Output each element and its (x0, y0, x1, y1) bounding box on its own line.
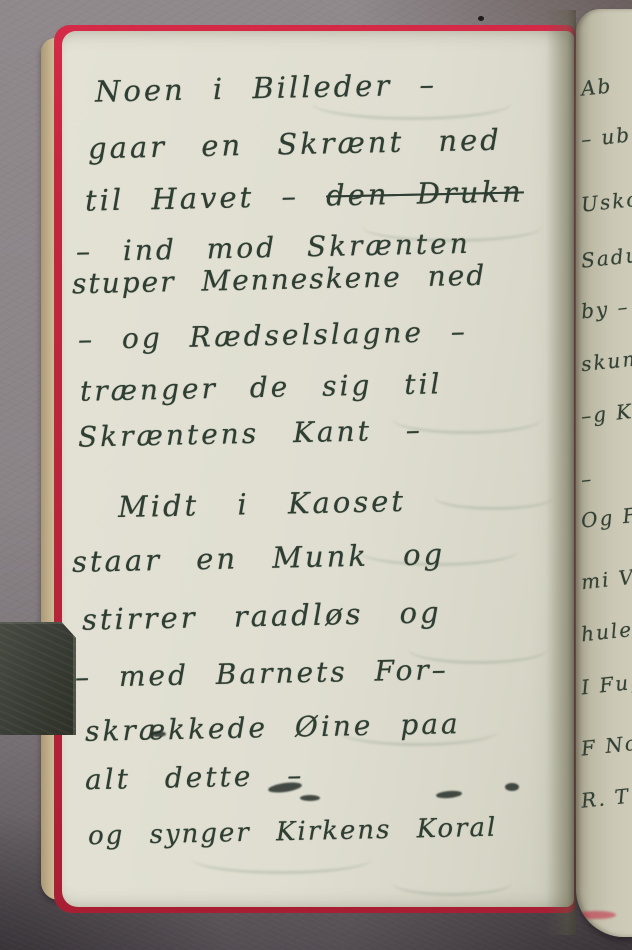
ink-smudge (505, 783, 519, 791)
handwriting-fragment: R. T u (580, 781, 632, 812)
bleed-through-mark (192, 859, 372, 874)
next-page-edge: Ab – ub Uskov Sadus by – skum –g Kr – Og… (576, 9, 632, 937)
handwriting-line: staar en Munk og (72, 537, 446, 579)
handwriting-fragment: I Fugle (580, 667, 632, 700)
ink-smudge (300, 795, 320, 801)
handwriting-fragment: Sadus (580, 241, 632, 272)
handwriting-fragment: Uskov (580, 185, 632, 216)
handwriting-line: til Havet – den Drukn (85, 174, 524, 217)
handwriting-fragment: skum (580, 346, 632, 376)
handwriting-text: til Havet – (85, 179, 327, 218)
notebook-page: Noen i Billeder – gaar en Skrænt ned til… (62, 31, 574, 907)
bleed-through-mark (434, 497, 554, 510)
handwriting-fragment: – ub (580, 122, 632, 151)
handwriting-fragment: – (580, 466, 594, 491)
gutter-shadow (546, 10, 576, 935)
ink-smudge (436, 790, 463, 799)
page-clamp (0, 622, 76, 735)
handwriting-fragment: hules (580, 616, 632, 647)
bleed-through-mark (392, 883, 512, 896)
bleed-through-mark (312, 103, 512, 120)
handwriting-line: stirrer raadløs og (82, 595, 442, 637)
handwriting-line: Skræntens Kant – (78, 413, 423, 453)
handwriting-fragment: mi Vi (580, 564, 632, 594)
dust-speck (478, 16, 484, 21)
red-stained-edge-next-page (576, 911, 616, 919)
handwriting-fragment: Ab (580, 73, 614, 100)
handwriting-fragment: by – (580, 295, 631, 324)
notebook-photograph: Noen i Billeder – gaar en Skrænt ned til… (0, 0, 632, 950)
handwriting-line: Noen i Billeder – (95, 67, 438, 108)
handwriting-line: trænger de sig til (80, 367, 443, 408)
handwriting-fragment: Og Fa (580, 501, 632, 532)
ink-smudge (150, 731, 166, 737)
handwriting-line: gaar en Skrænt ned (88, 123, 502, 166)
struck-through-text: den Drukn (326, 174, 524, 212)
handwriting-line: Midt i Kaoset (118, 484, 407, 524)
handwriting-line: og synger Kirkens Koral (88, 813, 498, 852)
handwriting-fragment: –g Kr (580, 398, 632, 429)
handwriting-line: – og Rædselslagne – (78, 315, 468, 356)
handwriting-fragment: F Nor (580, 729, 632, 760)
handwriting-line: – med Barnets For– (75, 653, 449, 694)
